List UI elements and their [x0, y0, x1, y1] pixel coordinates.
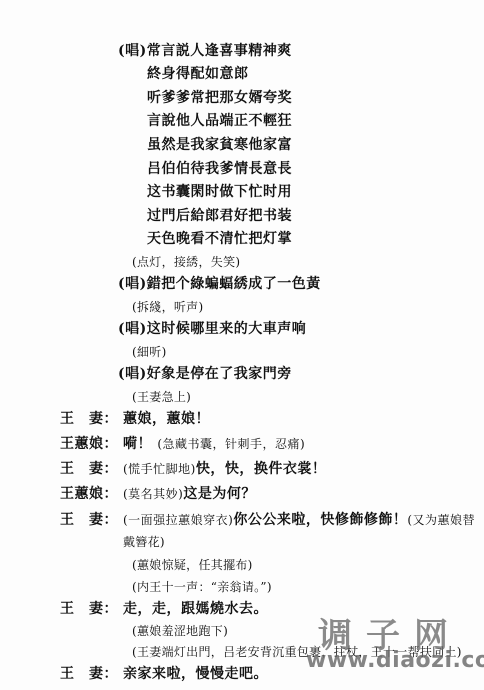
stage-direction: (内王十一声：“亲翁请。”): [132, 578, 272, 596]
sung-line: (唱)这时候哪里来的大車声响: [118, 320, 306, 338]
dialogue-text: 走，走，跟媽燒水去。: [123, 601, 268, 617]
stage-direction: (蕙娘羞涩地跑下): [132, 622, 228, 640]
dialogue-line: 王 妻：蕙娘，蕙娘！: [60, 410, 210, 428]
verse-line: 虽然是我家貧寒他家富: [147, 136, 292, 154]
dialogue-line: 王 妻：亲家来啦，慢慢走吧。: [60, 665, 268, 683]
verse-line: 言說他人品端正不輕狂: [147, 112, 292, 130]
dialogue-text: 蕙娘，蕙娘！: [123, 411, 210, 427]
speaker-label: 王 妻：: [60, 511, 123, 529]
stage-direction: (王妻急上): [132, 388, 191, 406]
stage-direction: (蕙娘惊疑，任其擺布): [132, 556, 253, 574]
dialogue-line: 王 妻：走，走，跟媽燒水去。: [60, 600, 268, 618]
verse-line: 过門后給郎君好把书装: [147, 207, 292, 225]
verse-line: 終身得配如意郎: [147, 65, 249, 83]
speaker-label: 王 妻：: [60, 410, 123, 428]
sung-line: (唱)錯把个綠蝙蝠綉成了一色黃: [118, 275, 321, 293]
dialogue-text: 你公公来啦，快修飾修飾！: [233, 512, 407, 528]
dialogue-line: 王 妻：(慌手忙脚地)快，快，换件衣裳！: [60, 460, 326, 478]
stage-direction: (拆綫，听声): [132, 298, 203, 316]
dialogue-text: 这是为何？: [183, 486, 256, 502]
speaker-label: 王 妻：: [60, 600, 123, 618]
dialogue-text: 亲家来啦，慢慢走吧。: [123, 666, 268, 682]
stage-direction: (細听): [132, 343, 167, 361]
inline-stage-direction: (急藏书囊，针刺手，忍痛): [157, 437, 305, 451]
scanned-page: (唱)常言説人逢喜事精神爽 終身得配如意郎 听爹爹常把那女婿夸奖 言說他人品端正…: [0, 0, 484, 690]
dialogue-line: 王蕙娘：(莫名其妙)这是为何？: [60, 485, 256, 503]
stage-direction-continuation: 戴簪花): [123, 533, 165, 551]
stage-direction: (点灯，接綉，失笑): [132, 253, 240, 271]
speaker-label: 王蕙娘：: [60, 485, 123, 503]
speaker-label: 王蕙娘：: [60, 435, 123, 453]
dialogue-line: 王蕙娘：嗬！ (急藏书囊，针刺手，忍痛): [60, 435, 305, 453]
speaker-label: 王 妻：: [60, 665, 123, 683]
dialogue-text: 嗬！: [123, 436, 152, 452]
sung-line: (唱)常言説人逢喜事精神爽: [118, 42, 292, 60]
inline-stage-direction: (一面强拉蕙娘穿衣): [123, 513, 233, 527]
verse-line: 吕伯伯待我爹情長意長: [147, 160, 292, 178]
dialogue-text: 快，快，换件衣裳！: [196, 461, 327, 477]
verse-line: 听爹爹常把那女婿夸奖: [147, 89, 292, 107]
verse-line: 天色晚看不清忙把灯掌: [147, 230, 292, 248]
dialogue-line: 王 妻：(一面强拉蕙娘穿衣)你公公来啦，快修飾修飾！(又为蕙娘替: [60, 511, 475, 529]
speaker-label: 王 妻：: [60, 460, 123, 478]
sung-line: (唱)好象是停在了我家門旁: [118, 365, 292, 383]
inline-stage-direction: (莫名其妙): [123, 487, 183, 501]
verse-line: 这书囊閑时做下忙时用: [147, 183, 292, 201]
inline-stage-direction: (又为蕙娘替: [407, 513, 475, 527]
inline-stage-direction: (慌手忙脚地): [123, 462, 196, 476]
watermark-url: www.diaozi.com: [306, 648, 484, 673]
